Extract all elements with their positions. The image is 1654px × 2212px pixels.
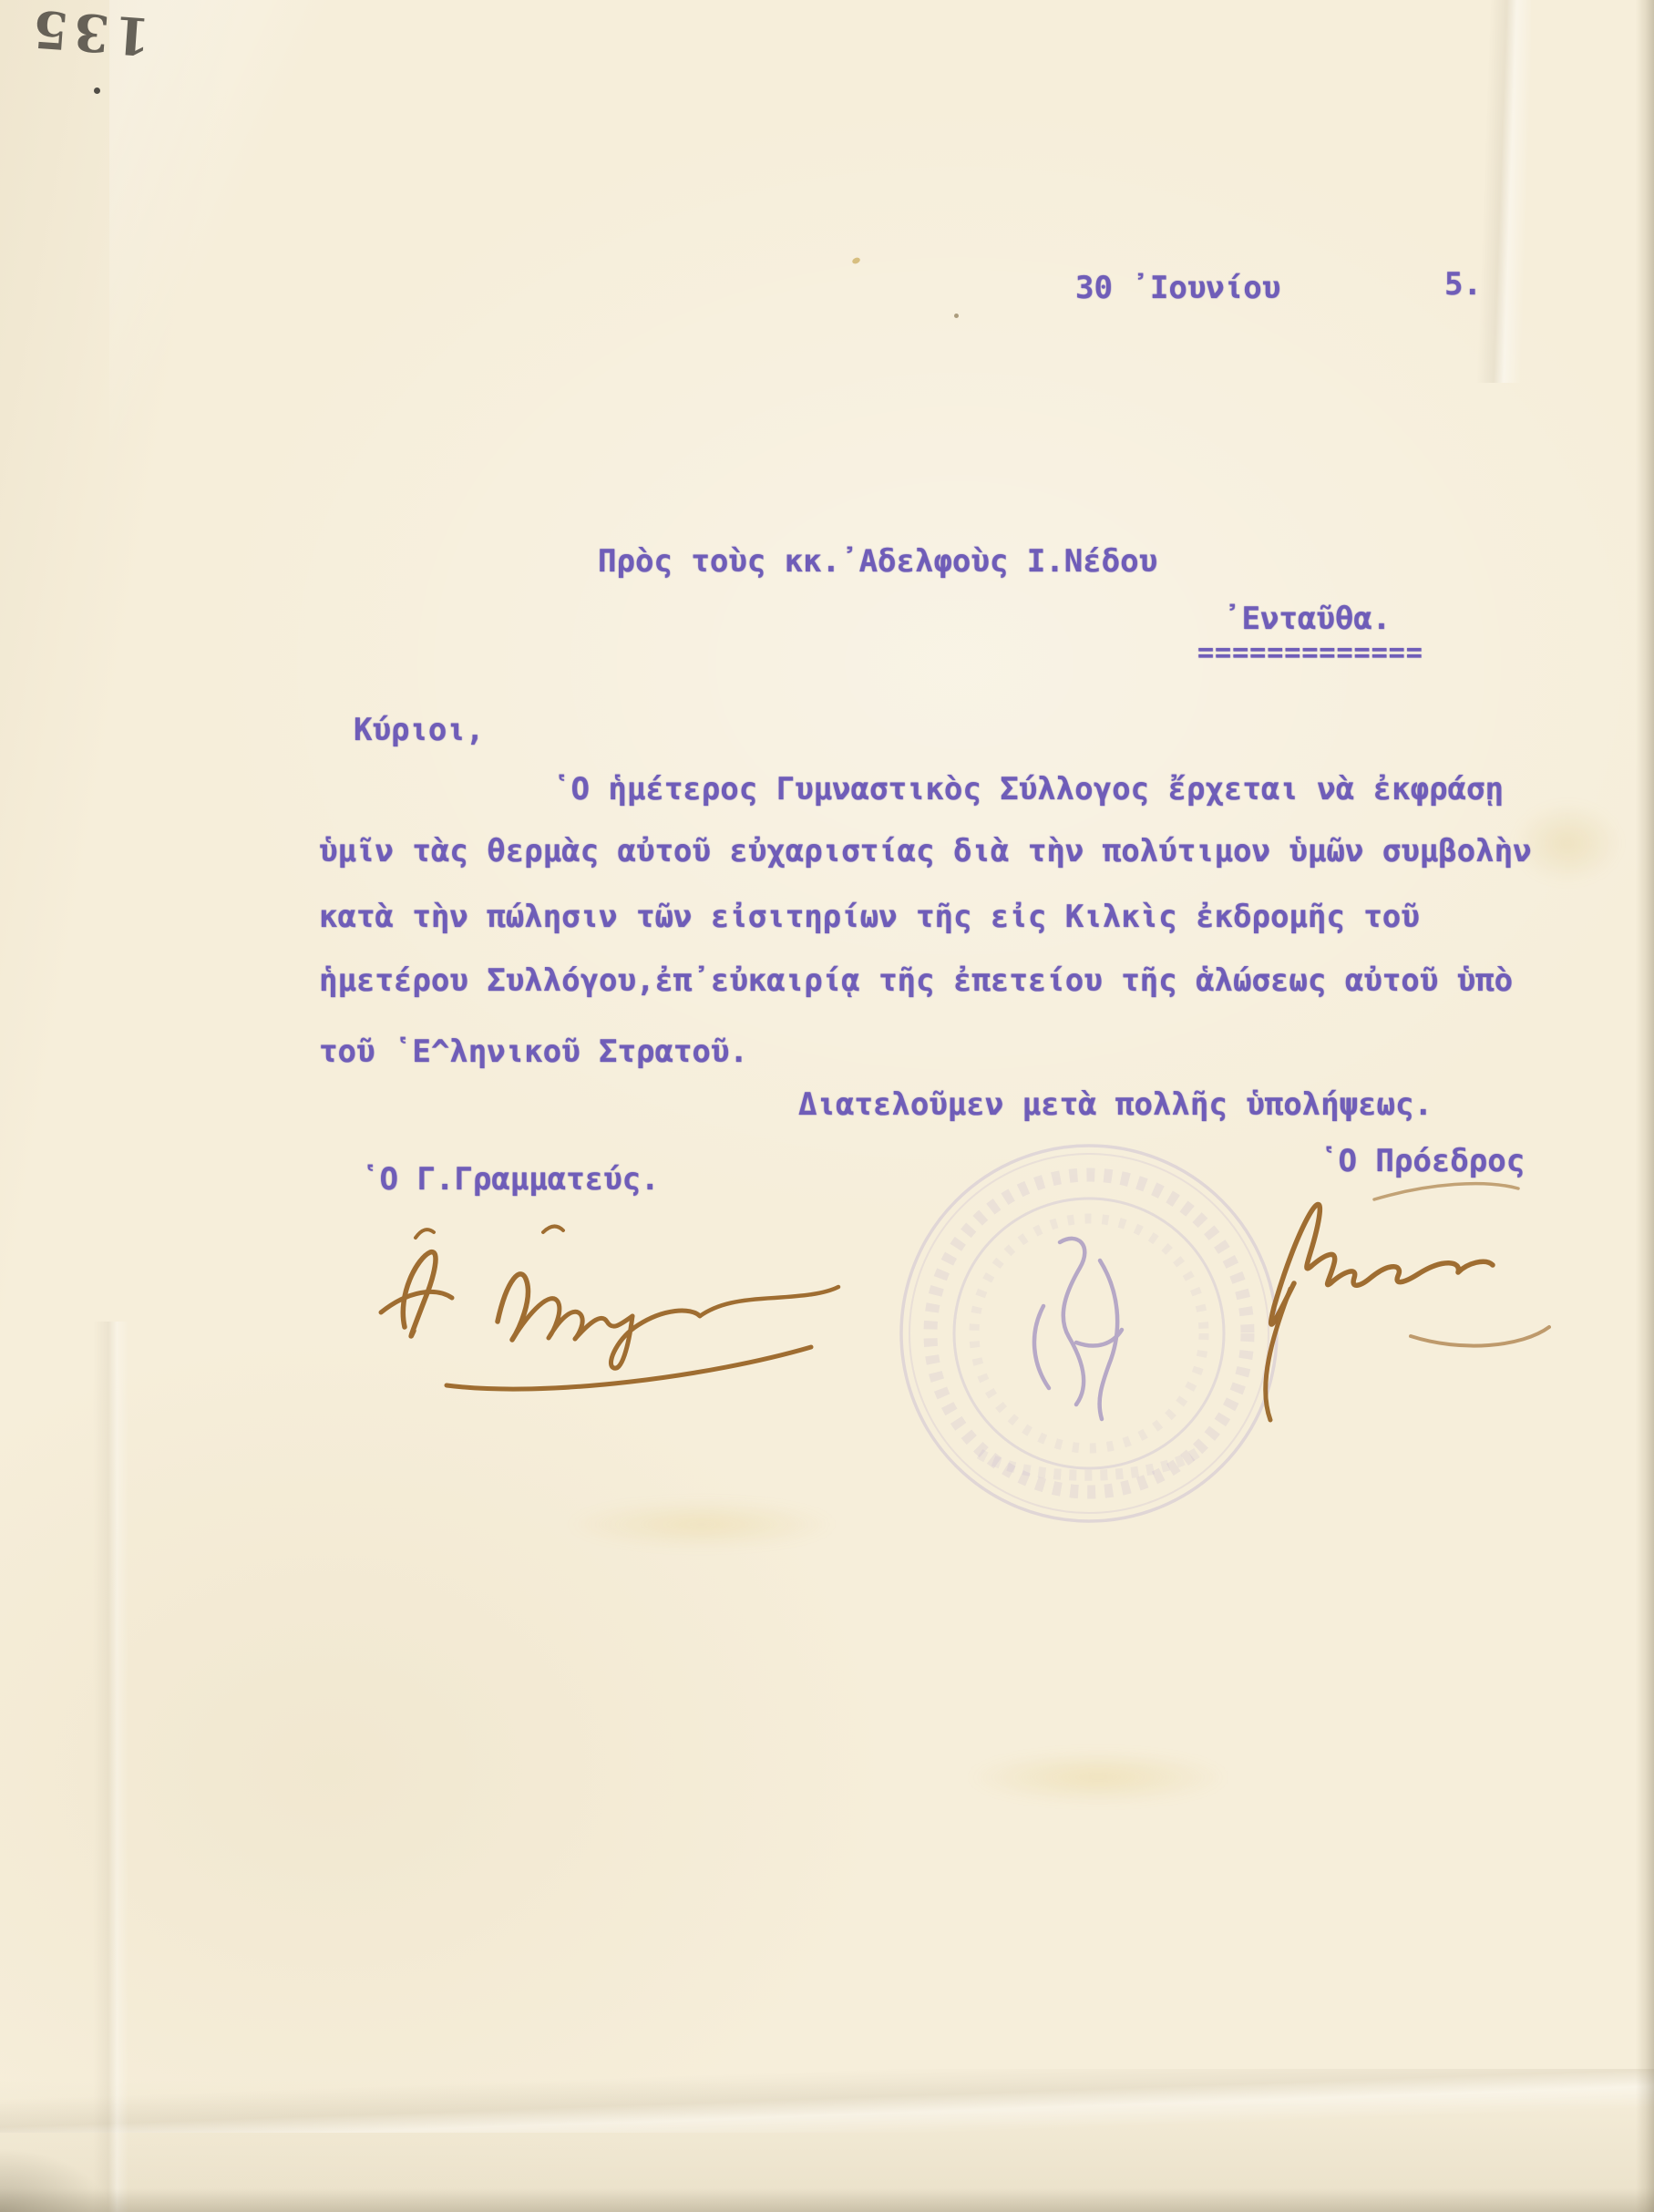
recipient-line: Πρὸς τοὺς κκ.᾽Αδελφοὺς Ι.Νέδου <box>598 545 1157 579</box>
ink-dot <box>94 87 100 94</box>
body-line: ῾Ο ἡμέτερος Γυμναστικὸς Σύλλογος ἔρχεται… <box>552 773 1504 807</box>
paper-stain <box>966 1750 1230 1805</box>
date-line: 30 ᾽Ιουνίου <box>1075 272 1280 305</box>
paper-crease <box>1476 0 1531 383</box>
paper-stain <box>565 1499 838 1549</box>
closing-line: Διατελοῦμεν μετὰ πολλῆς ὑπολήψεως. <box>798 1088 1433 1122</box>
club-seal-stamp <box>870 1126 1308 1536</box>
secretary-signature <box>328 1192 857 1411</box>
body-line: ὑμῖν τὰς θερμὰς αὐτοῦ εὐχαριστίας διὰ τὴ… <box>319 835 1532 869</box>
secretary-title: ῾Ο Γ.Γραμματεύς. <box>361 1163 660 1197</box>
page-edge <box>0 2188 1654 2212</box>
letter-page: 135 30 ᾽Ιουνίου 5. Πρὸς τοὺς κκ.᾽Αδελφοὺ… <box>0 0 1654 2212</box>
page-number: 135 <box>26 0 152 67</box>
president-title: ῾Ο Πρόεδρος <box>1320 1145 1525 1178</box>
paper-crease <box>82 1322 137 2212</box>
body-line: τοῦ ῾Ε^ληνικοῦ Στρατοῦ. <box>319 1035 748 1069</box>
page-edge <box>1636 0 1654 2212</box>
location-line: ᾽Ενταῦθα. <box>1223 602 1391 636</box>
paper-speck <box>851 256 861 264</box>
body-line: ἡμετέρου Συλλόγου,ἐπ᾽εὐκαιρίᾳ τῆς ἐπετεί… <box>319 964 1513 998</box>
body-line: κατὰ τὴν πώλησιν τῶν εἰσιτηρίων τῆς εἰς … <box>319 900 1420 934</box>
protocol-number: 5. <box>1444 268 1482 302</box>
salutation: Κύριοι, <box>354 714 484 747</box>
paper-crease <box>0 2069 1654 2133</box>
paper-crease <box>109 0 383 638</box>
president-signature <box>1238 1147 1620 1447</box>
page-edge <box>0 2148 109 2212</box>
paper-speck <box>954 314 959 318</box>
separator-line: ============= <box>1197 638 1423 668</box>
